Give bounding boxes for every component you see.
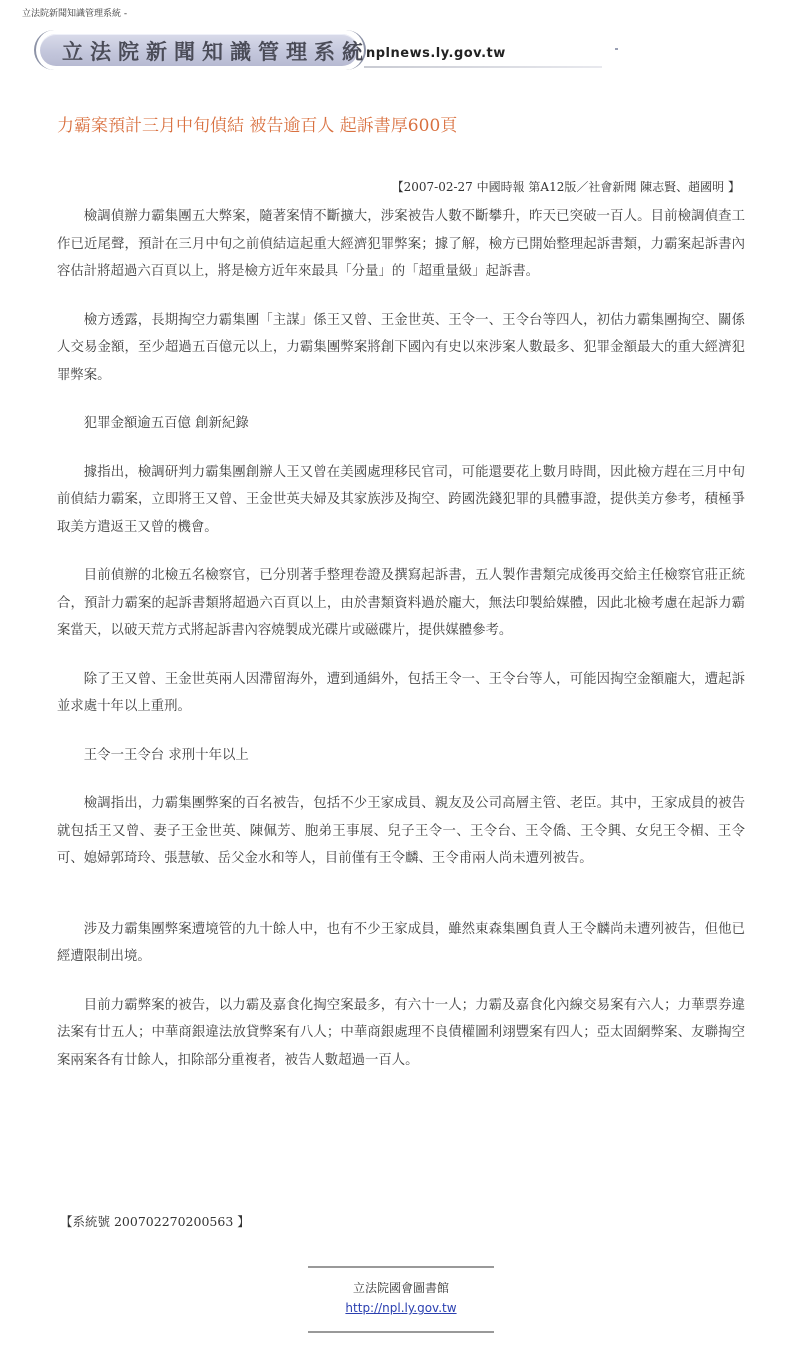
page-caption: 立法院新聞知識管理系統 -: [22, 6, 127, 19]
article-subheading: 犯罪金額逾五百億 創新紀錄: [57, 410, 745, 438]
article-paragraph: 檢方透露，長期掏空力霸集團「主謀」係王又曾、王金世英、王令一、王令台等四人，初估…: [57, 307, 745, 390]
article-paragraph: 檢調偵辦力霸集團五大弊案，隨著案情不斷擴大，涉案被告人數不斷攀升，昨天已突破一百…: [57, 203, 745, 286]
article-source: 【2007-02-27 中國時報 第A12版／社會新聞 陳志賢、趙國明 】: [392, 178, 740, 195]
article-paragraph: 目前偵辦的北檢五名檢察官，已分別著手整理卷證及撰寫起訴書，五人製作書類完成後再交…: [57, 562, 745, 645]
banner-underline: [364, 66, 602, 68]
article-paragraph: 檢調指出，力霸集團弊案的百名被告，包括不少王家成員、親友及公司高層主管、老臣。其…: [57, 790, 745, 873]
footer-bottom-divider: [308, 1331, 494, 1333]
footer: 立法院國會圖書館 http://npl.ly.gov.tw: [308, 1266, 494, 1333]
system-number: 【系統號 200702270200563 】: [60, 1212, 250, 1230]
footer-organization: 立法院國會圖書館: [308, 1279, 494, 1296]
banner-dot: [615, 48, 618, 50]
article-headline: 力霸案預計三月中旬偵結 被告逾百人 起訴書厚600頁: [57, 111, 457, 136]
article-paragraph: 除了王又曾、王金世英兩人因滯留海外，遭到通緝外，包括王令一、王令台等人，可能因掏…: [57, 666, 745, 721]
article-body: 檢調偵辦力霸集團五大弊案，隨著案情不斷擴大，涉案被告人數不斷攀升，昨天已突破一百…: [57, 203, 745, 1095]
site-banner: 立法院新聞知識管理系統 nplnews.ly.gov.tw: [32, 30, 602, 72]
article-paragraph: 涉及力霸集團弊案遭境管的九十餘人中，也有不少王家成員，雖然東森集團負責人王令麟尚…: [57, 916, 745, 971]
article-paragraph: 據指出，檢調研判力霸集團創辦人王又曾在美國處理移民官司，可能還要花上數月時間，因…: [57, 459, 745, 542]
footer-top-divider: [308, 1266, 494, 1268]
site-title: 立法院新聞知識管理系統: [62, 36, 370, 66]
site-domain: nplnews.ly.gov.tw: [366, 46, 506, 61]
article-paragraph: 目前力霸弊案的被告，以力霸及嘉食化掏空案最多，有六十一人；力霸及嘉食化內線交易案…: [57, 992, 745, 1075]
article-subheading: 王令一王令台 求刑十年以上: [57, 742, 745, 770]
footer-home-link[interactable]: http://npl.ly.gov.tw: [345, 1301, 456, 1315]
